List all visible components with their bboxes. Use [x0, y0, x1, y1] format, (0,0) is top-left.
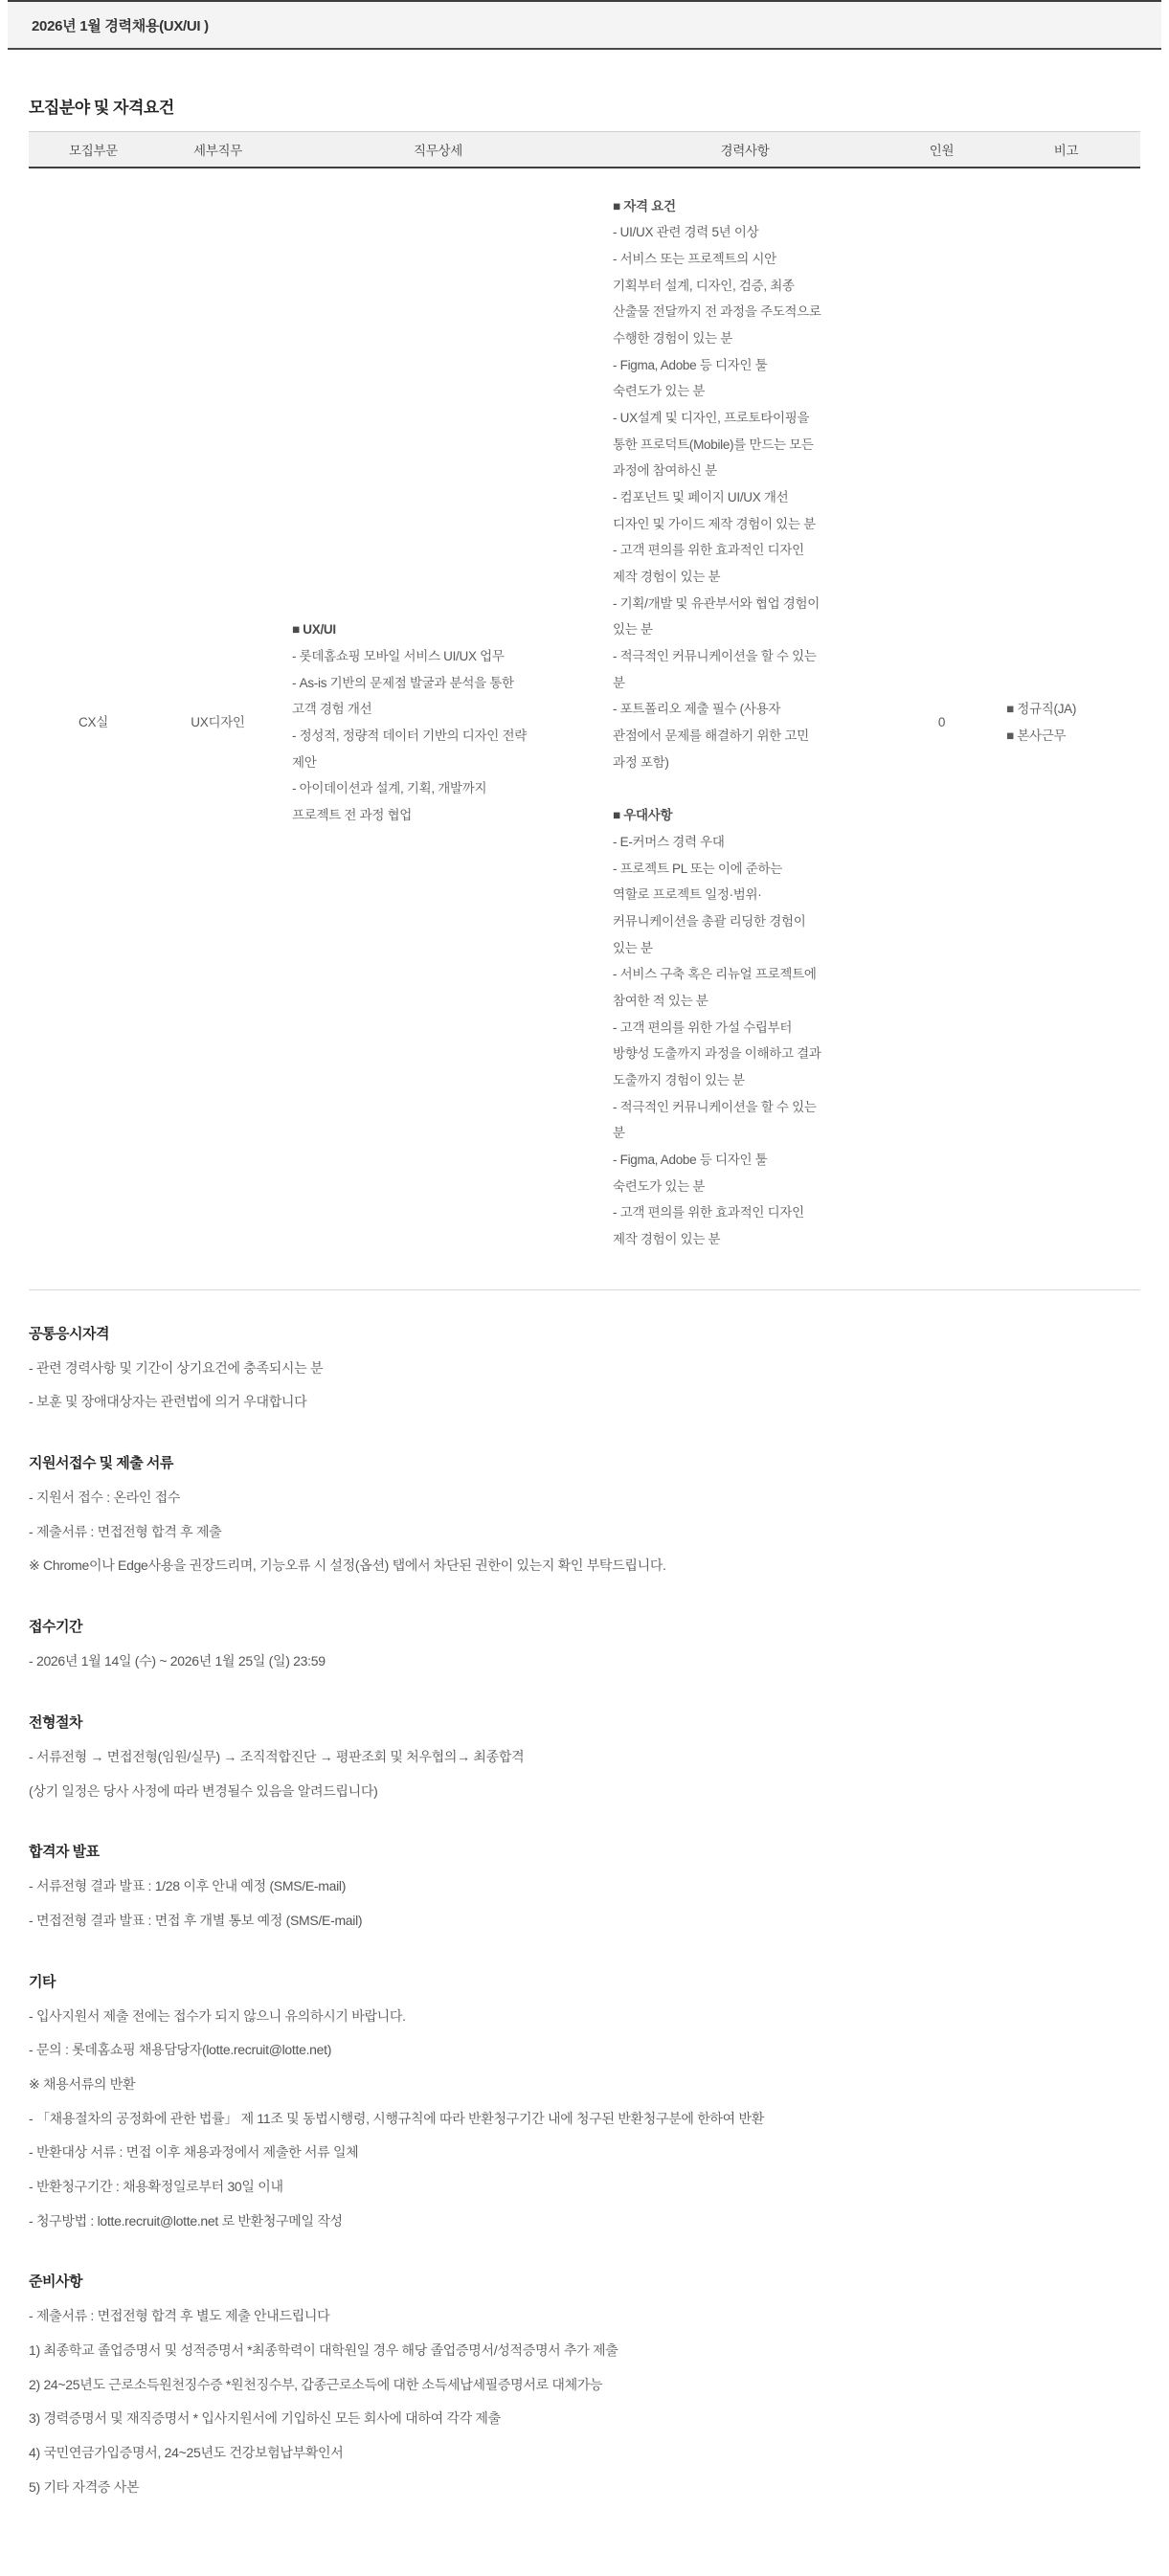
cell-job-detail: ■ UX/UI - 롯데홈쇼핑 모바일 서비스 UI/UX 업무 - As-is…	[278, 168, 598, 1290]
cell-headcount: 0	[891, 168, 992, 1290]
section-heading: 준비사항	[29, 2271, 1140, 2291]
section-lines: - 서류전형 → 면접전형(임원/실무) → 조직적합진단 → 평판조회 및 처…	[29, 1740, 1140, 1808]
banner-title: 2026년 1월 경력채용(UX/UI )	[32, 18, 209, 34]
qualifications-lines: - UI/UX 관련 경력 5년 이상 - 서비스 또는 프로젝트의 시안 기획…	[613, 219, 877, 775]
cell-division: CX실	[29, 168, 158, 1290]
section-results-announcement: 합격자 발표 - 서류전형 결과 발표 : 1/28 이후 안내 예정 (SMS…	[29, 1841, 1140, 1938]
qualifications-block-title: ■ 자격 요건	[613, 193, 877, 220]
section-heading: 접수기간	[29, 1616, 1140, 1636]
recruitment-table: 모집부문 세부직무 직무상세 경력사항 인원 비고 CX실 UX디자인 ■ UX…	[29, 131, 1140, 1290]
section-lines: - 제출서류 : 면접전형 합격 후 별도 제출 안내드립니다 1) 최종학교 …	[29, 2299, 1140, 2504]
preferred-block: ■ 우대사항 - E-커머스 경력 우대 - 프로젝트 PL 또는 이에 준하는…	[613, 802, 877, 1252]
cell-career: ■ 자격 요건 - UI/UX 관련 경력 5년 이상 - 서비스 또는 프로젝…	[598, 168, 891, 1290]
section-lines: - 서류전형 결과 발표 : 1/28 이후 안내 예정 (SMS/E-mail…	[29, 1870, 1140, 1938]
col-header-division: 모집부문	[29, 132, 158, 168]
col-header-notes: 비고	[992, 132, 1140, 168]
page-content: 모집분야 및 자격요건 모집부문 세부직무 직무상세 경력사항 인원 비고 CX…	[8, 94, 1161, 2576]
section-lines: - 2026년 1월 14일 (수) ~ 2026년 1월 25일 (일) 23…	[29, 1645, 1140, 1679]
col-header-role: 세부직무	[158, 132, 278, 168]
table-row: CX실 UX디자인 ■ UX/UI - 롯데홈쇼핑 모바일 서비스 UI/UX …	[29, 168, 1140, 1290]
section-selection-process: 전형절차 - 서류전형 → 면접전형(임원/실무) → 조직적합진단 → 평판조…	[29, 1712, 1140, 1808]
section-application-period: 접수기간 - 2026년 1월 14일 (수) ~ 2026년 1월 25일 (…	[29, 1616, 1140, 1679]
section-heading: 합격자 발표	[29, 1841, 1140, 1861]
section-heading: 지원서접수 및 제출 서류	[29, 1452, 1140, 1472]
section-heading: 공통응시자격	[29, 1323, 1140, 1343]
page-banner: 2026년 1월 경력채용(UX/UI )	[8, 0, 1161, 50]
section-lines: - 관련 경력사항 및 기간이 상기요건에 충족되시는 분 - 보훈 및 장애대…	[29, 1352, 1140, 1420]
cell-notes: ■ 정규직(JA) ■ 본사근무	[992, 168, 1140, 1290]
qualifications-block: ■ 자격 요건 - UI/UX 관련 경력 5년 이상 - 서비스 또는 프로젝…	[613, 193, 877, 776]
job-detail-lines: - 롯데홈쇼핑 모바일 서비스 UI/UX 업무 - As-is 기반의 문제점…	[292, 643, 584, 829]
col-header-headcount: 인원	[891, 132, 992, 168]
table-header-row: 모집부문 세부직무 직무상세 경력사항 인원 비고	[29, 132, 1140, 168]
section-etc: 기타 - 입사지원서 제출 전에는 접수가 되지 않으니 유의하시기 바랍니다.…	[29, 1971, 1140, 2239]
job-detail-block-title: ■ UX/UI	[292, 616, 584, 643]
section-heading: 전형절차	[29, 1712, 1140, 1732]
info-sections: 공통응시자격 - 관련 경력사항 및 기간이 상기요건에 충족되시는 분 - 보…	[29, 1323, 1140, 2505]
section-application-documents: 지원서접수 및 제출 서류 - 지원서 접수 : 온라인 접수 - 제출서류 :…	[29, 1452, 1140, 1583]
preferred-block-title: ■ 우대사항	[613, 802, 877, 829]
cell-role: UX디자인	[158, 168, 278, 1290]
section-heading: 기타	[29, 1971, 1140, 1991]
section-preparation: 준비사항 - 제출서류 : 면접전형 합격 후 별도 제출 안내드립니다 1) …	[29, 2271, 1140, 2504]
col-header-job-detail: 직무상세	[278, 132, 598, 168]
recruit-section-title: 모집분야 및 자격요건	[29, 94, 1140, 118]
preferred-lines: - E-커머스 경력 우대 - 프로젝트 PL 또는 이에 준하는 역할로 프로…	[613, 829, 877, 1253]
section-lines: - 입사지원서 제출 전에는 접수가 되지 않으니 유의하시기 바랍니다. - …	[29, 2000, 1140, 2239]
col-header-career: 경력사항	[598, 132, 891, 168]
section-common-eligibility: 공통응시자격 - 관련 경력사항 및 기간이 상기요건에 충족되시는 분 - 보…	[29, 1323, 1140, 1420]
job-posting-page: 2026년 1월 경력채용(UX/UI ) 모집분야 및 자격요건 모집부문 세…	[0, 0, 1169, 2576]
section-lines: - 지원서 접수 : 온라인 접수 - 제출서류 : 면접전형 합격 후 제출 …	[29, 1481, 1140, 1583]
